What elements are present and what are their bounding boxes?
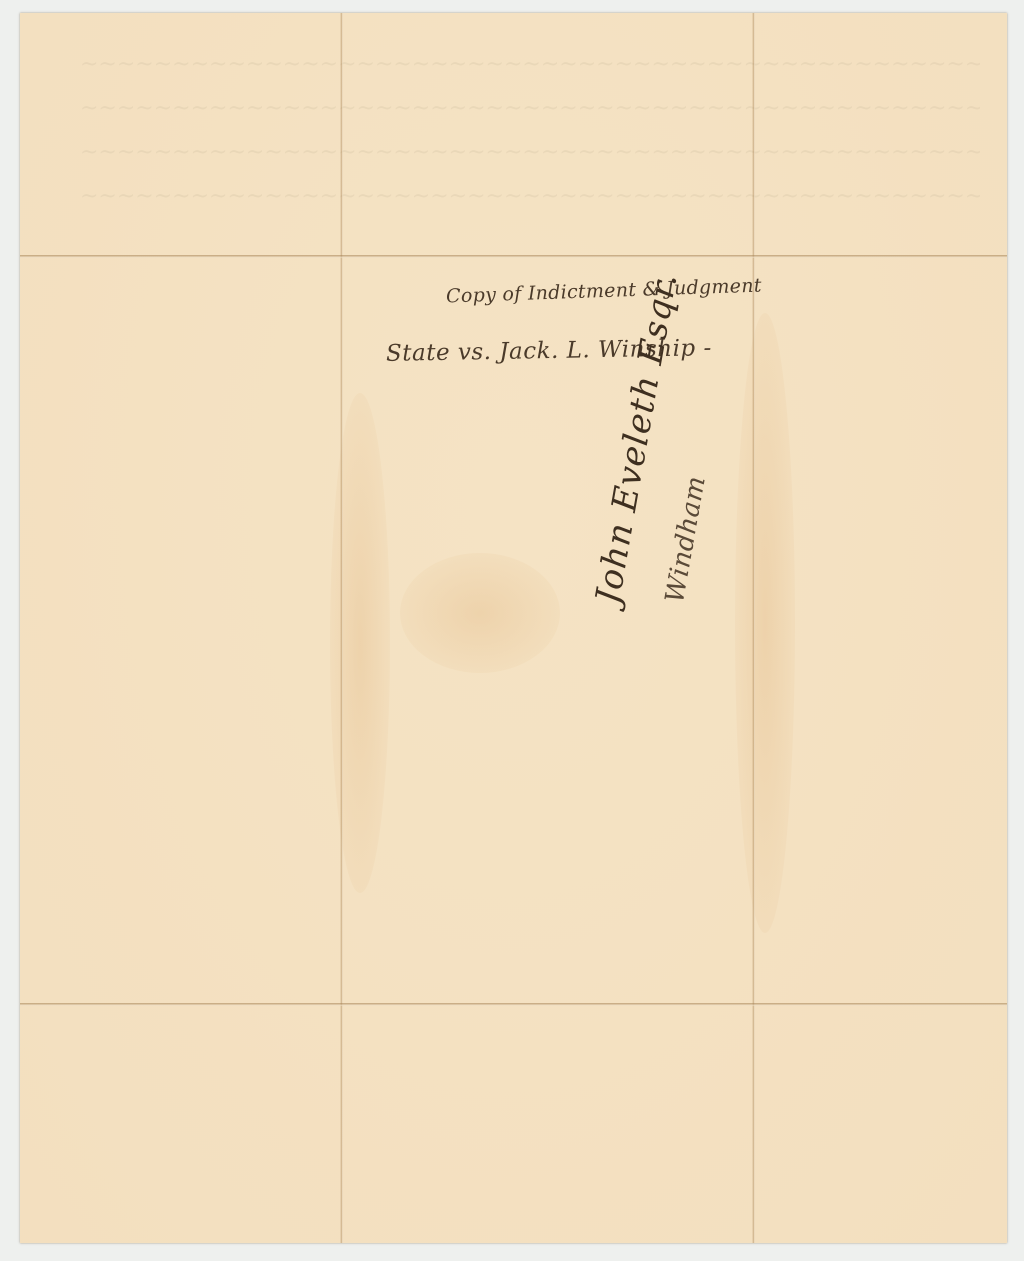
stain-left-fold xyxy=(330,393,390,893)
fold-line-horizontal-top xyxy=(20,255,1007,258)
document-sheet: ~~~~~~~~~~~~~~~~~~~~~~~~~~~~~~~~~~~~~~~~… xyxy=(20,13,1007,1243)
stain-right-fold xyxy=(735,313,795,933)
bleed-through-text: ~~~~~~~~~~~~~~~~~~~~~~~~~~~~~~~~~~~~~~~~… xyxy=(80,43,980,219)
fold-line-vertical-right xyxy=(752,13,755,1243)
fold-line-horizontal-bottom xyxy=(20,1003,1007,1006)
fold-line-vertical-left xyxy=(340,13,343,1243)
stain-center xyxy=(400,553,560,673)
